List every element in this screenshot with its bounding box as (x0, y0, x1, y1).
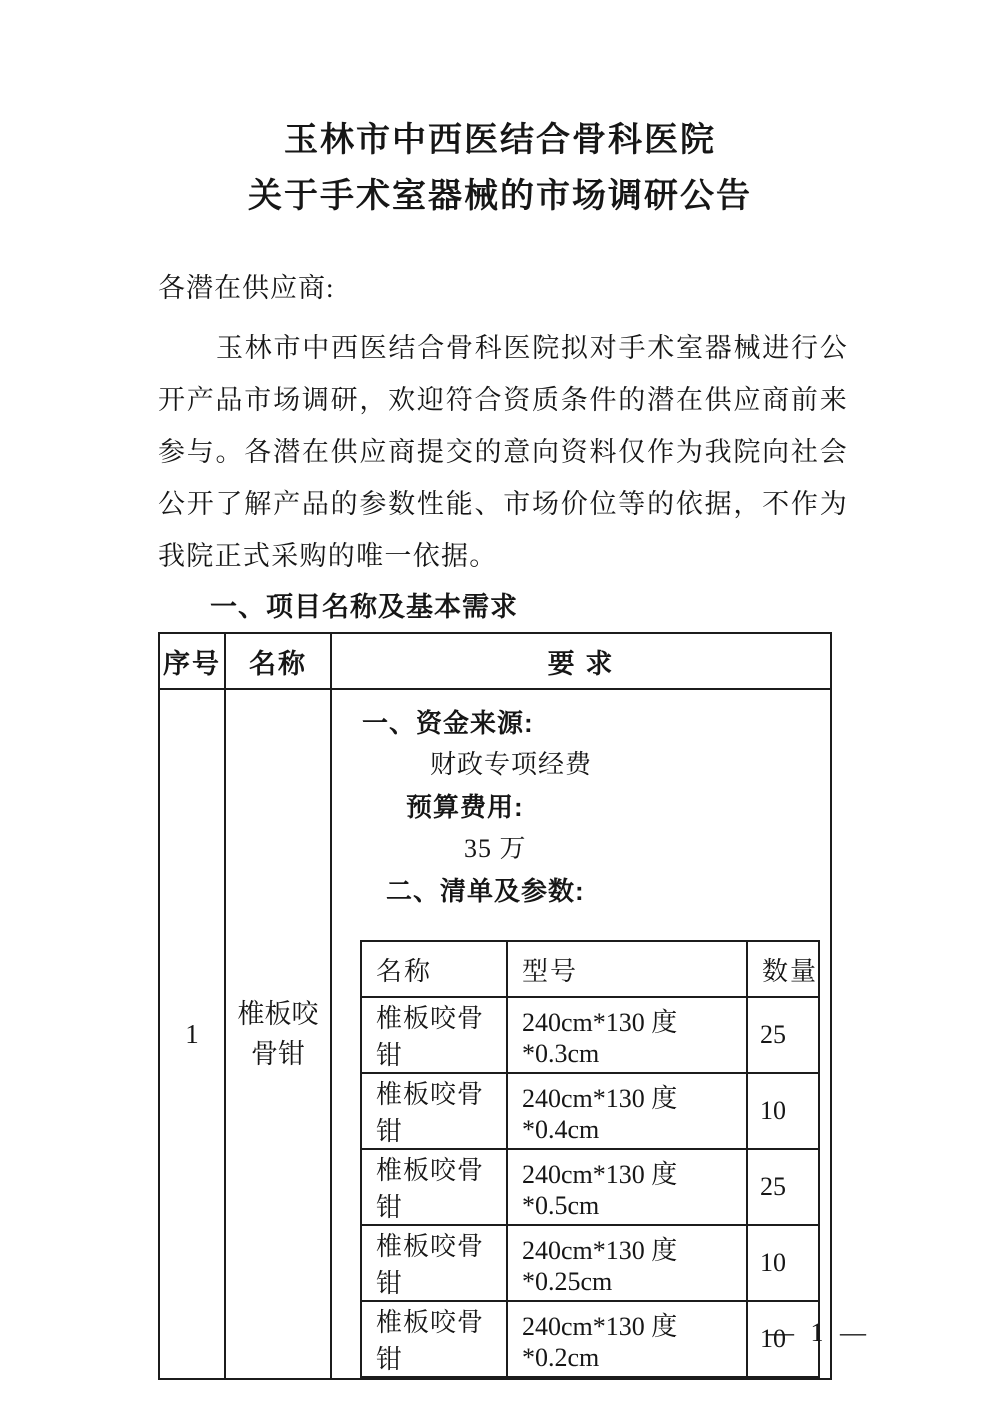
header-index: 序号 (159, 633, 225, 689)
spec-table-row: 椎板咬骨钳 240cm*130 度*0.5cm 25 (361, 1149, 819, 1225)
requirements-table: 序号 名称 要 求 1 椎板咬骨钳 一、资金来源: 财政专项经费 预算费用: 3… (158, 632, 832, 1380)
requirements-table-row: 1 椎板咬骨钳 一、资金来源: 财政专项经费 预算费用: 35 万 二、清单及参… (159, 689, 831, 1379)
spec-table-header-row: 名称 型号 数量 (361, 941, 819, 997)
spec-name: 椎板咬骨钳 (361, 1073, 507, 1149)
funding-source-label: 一、资金来源: (332, 702, 830, 744)
spec-header-model: 型号 (507, 941, 747, 997)
header-name: 名称 (225, 633, 331, 689)
spec-table-row: 椎板咬骨钳 240cm*130 度*0.25cm 10 (361, 1225, 819, 1301)
spec-model: 240cm*130 度*0.4cm (507, 1073, 747, 1149)
spec-header-qty: 数量 (747, 941, 819, 997)
requirements-table-header-row: 序号 名称 要 求 (159, 633, 831, 689)
row-name: 椎板咬骨钳 (225, 689, 331, 1379)
spec-name: 椎板咬骨钳 (361, 997, 507, 1073)
spec-name: 椎板咬骨钳 (361, 1225, 507, 1301)
spec-name: 椎板咬骨钳 (361, 1301, 507, 1377)
document-title: 玉林市中西医结合骨科医院 关于手术室器械的市场调研公告 (0, 0, 1000, 224)
funding-source-value: 财政专项经费 (332, 744, 830, 786)
spec-name: 椎板咬骨钳 (361, 1149, 507, 1225)
budget-value: 35 万 (332, 828, 830, 870)
spec-table-row: 椎板咬骨钳 240cm*130 度*0.3cm 25 (361, 997, 819, 1073)
body-paragraph: 玉林市中西医结合骨科医院拟对手术室器械进行公开产品市场调研，欢迎符合资质条件的潜… (158, 322, 848, 582)
budget-label: 预算费用: (332, 786, 830, 828)
spec-table: 名称 型号 数量 椎板咬骨钳 240cm*130 度*0.3cm 25 椎板咬骨… (360, 940, 820, 1378)
spec-qty: 25 (747, 1149, 819, 1225)
list-params-label: 二、清单及参数: (332, 870, 830, 912)
spec-header-name: 名称 (361, 941, 507, 997)
spec-model: 240cm*130 度*0.3cm (507, 997, 747, 1073)
header-requirement: 要 求 (331, 633, 831, 689)
document-title-line1: 玉林市中西医结合骨科医院 (0, 112, 1000, 168)
spec-qty: 25 (747, 997, 819, 1073)
spec-qty: 10 (747, 1225, 819, 1301)
spec-model: 240cm*130 度*0.2cm (507, 1301, 747, 1377)
section-heading: 一、项目名称及基本需求 (158, 590, 1000, 624)
spec-model: 240cm*130 度*0.5cm (507, 1149, 747, 1225)
row-index: 1 (159, 689, 225, 1379)
spec-qty: 10 (747, 1073, 819, 1149)
spec-model: 240cm*130 度*0.25cm (507, 1225, 747, 1301)
document-title-line2: 关于手术室器械的市场调研公告 (0, 168, 1000, 224)
page-number: — 1 — (768, 1318, 871, 1348)
salutation: 各潜在供应商: (158, 268, 845, 308)
spec-table-row: 椎板咬骨钳 240cm*130 度*0.4cm 10 (361, 1073, 819, 1149)
spec-table-row: 椎板咬骨钳 240cm*130 度*0.2cm 10 (361, 1301, 819, 1377)
document-page: 玉林市中西医结合骨科医院 关于手术室器械的市场调研公告 各潜在供应商: 玉林市中… (0, 0, 1000, 1421)
row-requirement: 一、资金来源: 财政专项经费 预算费用: 35 万 二、清单及参数: 名称 型号… (331, 689, 831, 1379)
